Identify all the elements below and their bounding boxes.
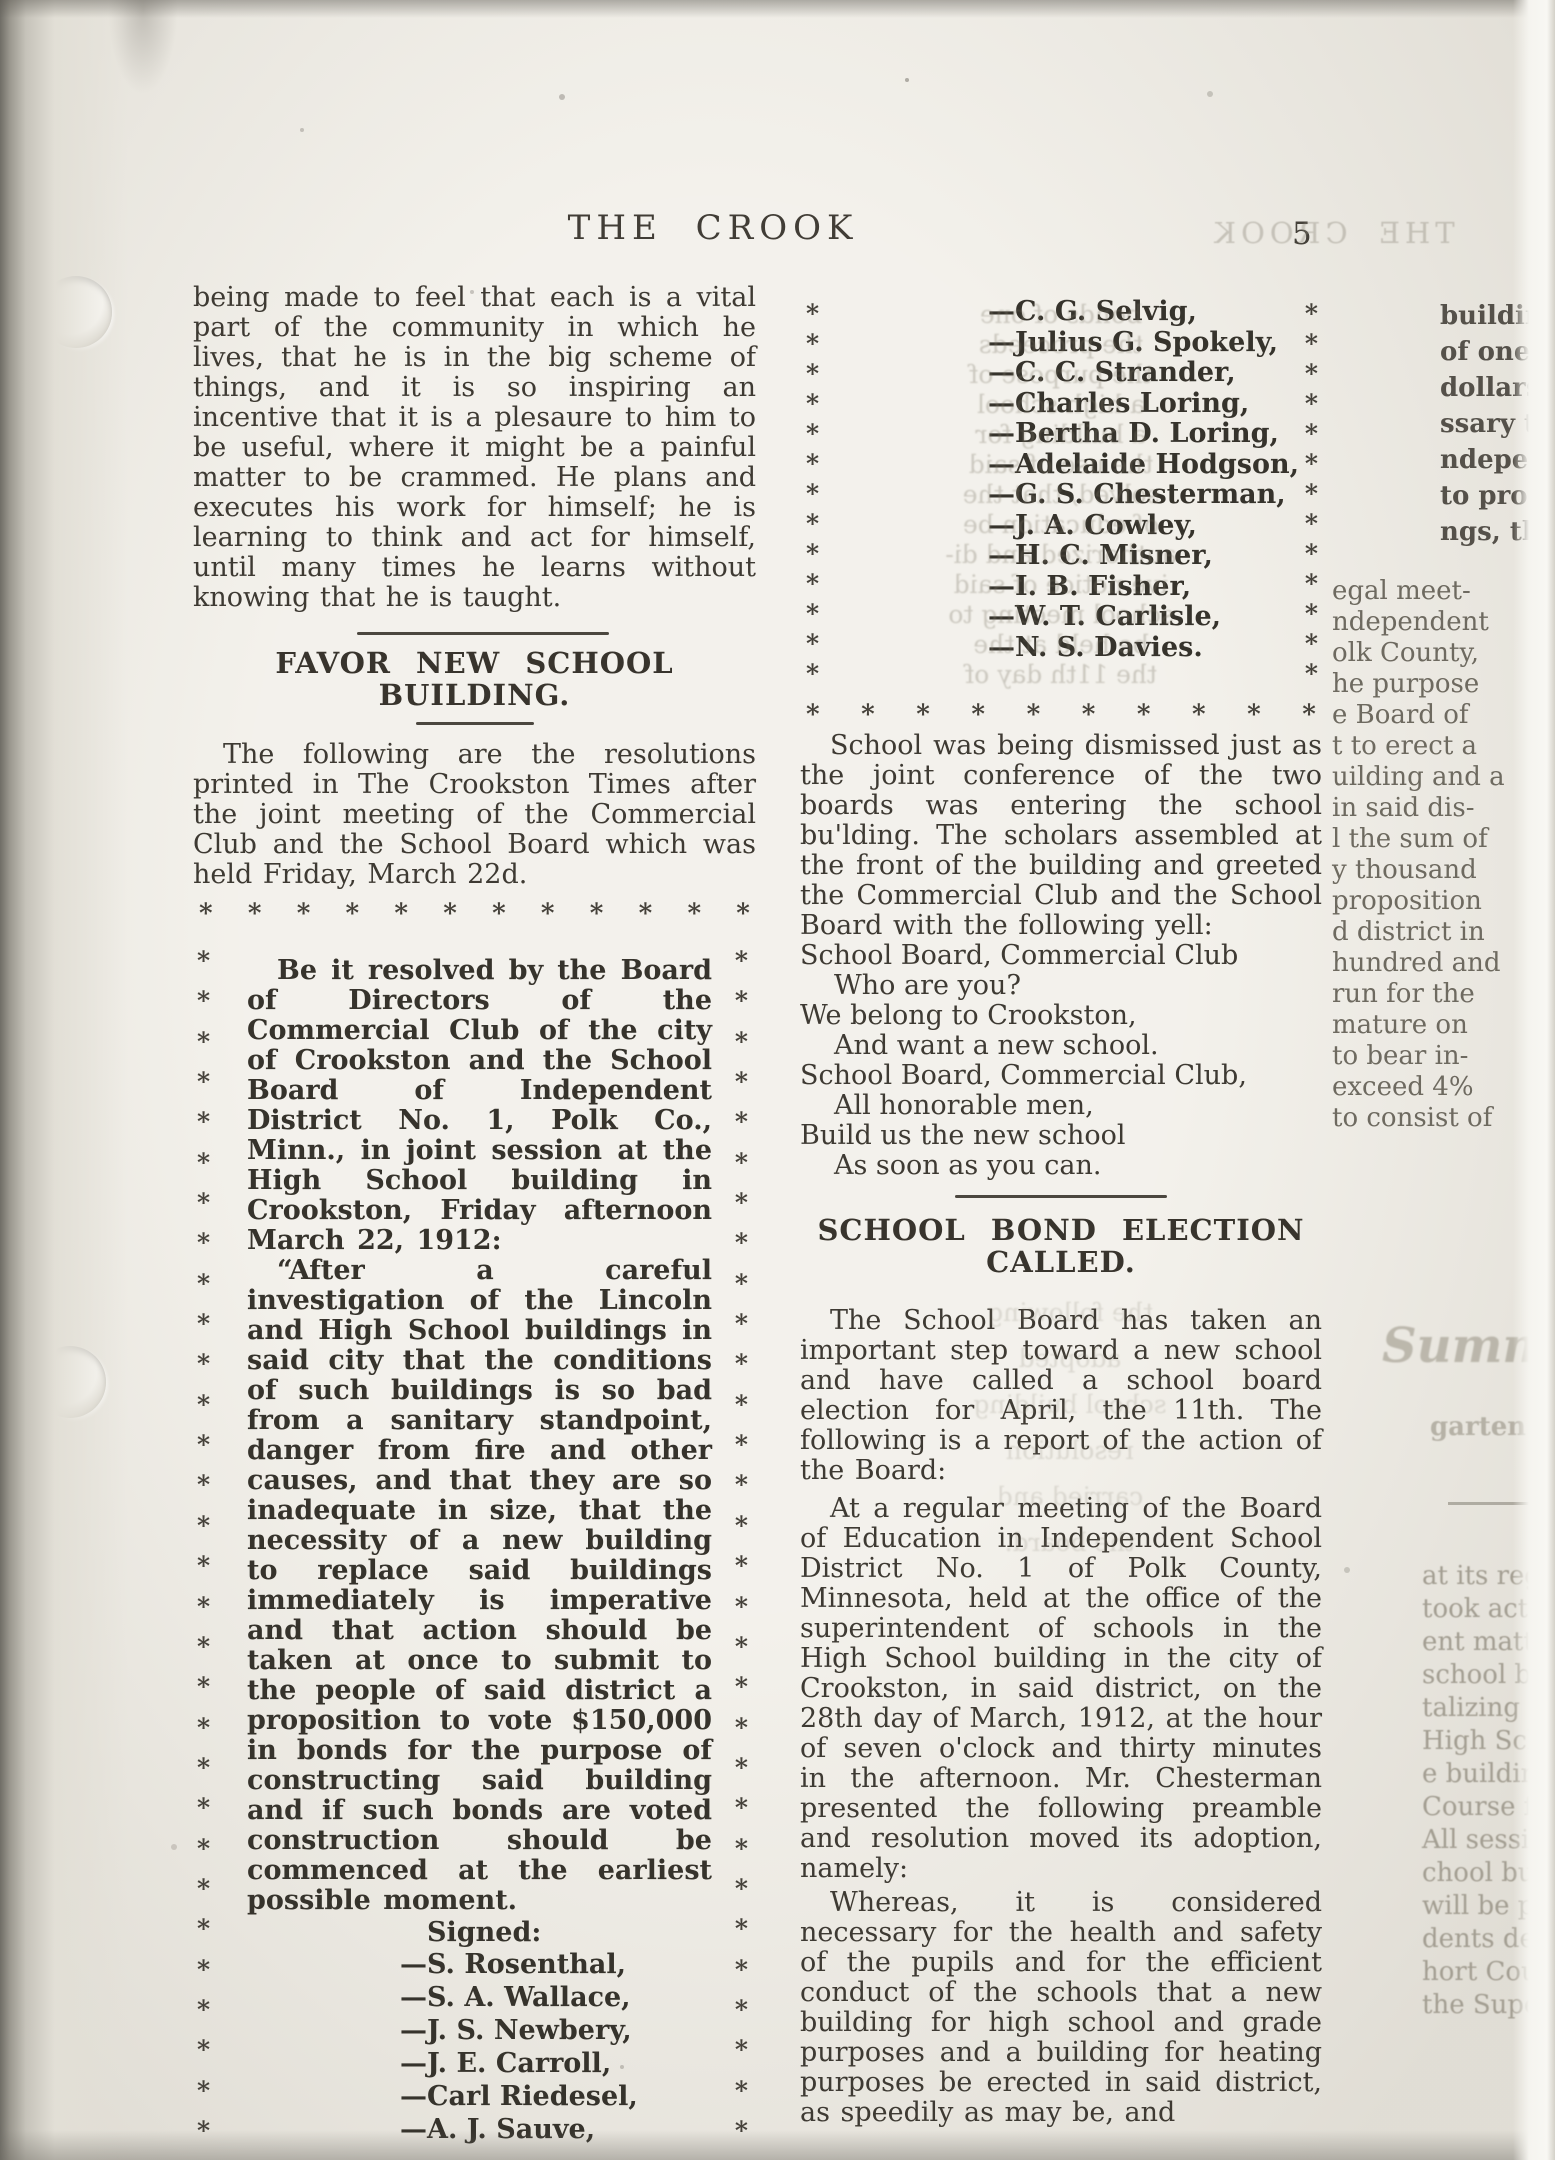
asterisk-glyph: *: [735, 1793, 748, 1823]
asterisk-glyph: *: [1305, 359, 1318, 389]
asterisk-glyph: *: [197, 1834, 210, 1864]
asterisk-glyph: *: [1305, 539, 1318, 569]
signature-list-left: —S. Rosenthal,—S. A. Wallace,—J. S. Newb…: [247, 1948, 712, 2146]
asterisk-glyph: *: [1192, 700, 1206, 730]
yell-intro-paragraph: School was being dismissed just as the j…: [800, 731, 1322, 941]
asterisk-glyph: *: [1305, 329, 1318, 359]
asterisk-glyph: *: [806, 449, 819, 479]
asterisk-glyph: *: [199, 899, 213, 929]
asterisk-glyph: *: [735, 946, 748, 976]
signature: —J. S. Newbery,: [400, 2014, 712, 2047]
bleedthrough-fragment: the following: [880, 1290, 1260, 1336]
bleedthrough-fragment: resolution: [880, 1428, 1260, 1474]
asterisk-glyph: *: [735, 1632, 748, 1662]
asterisk-glyph: *: [197, 1632, 210, 1662]
bleedthrough-fragment: the board.: [880, 1520, 1260, 1566]
asterisk-glyph: *: [1305, 599, 1318, 629]
edge-fragment: olk County,: [1332, 638, 1505, 669]
resolution-paragraph-2: “After a careful investigation of the Li…: [247, 1256, 712, 1916]
asterisk-glyph: *: [1302, 700, 1316, 730]
bleedthrough-fragment: bonds of one: [846, 300, 1276, 330]
asterisk-glyph: *: [197, 1430, 210, 1460]
edge-fragment: e building: [1422, 1758, 1555, 1791]
publication-title: THE CROOK: [493, 208, 933, 248]
asterisk-glyph: *: [735, 1148, 748, 1178]
asterisk-glyph: *: [735, 1067, 748, 1097]
edge-fragment: dents desir: [1422, 1923, 1555, 1956]
asterisk-glyph: *: [1305, 659, 1318, 689]
asterisk-glyph: *: [346, 899, 360, 929]
asterisk-glyph: *: [687, 899, 701, 929]
masthead-bleedthrough: THE CROOK: [1182, 216, 1482, 250]
asterisk-glyph: *: [735, 1107, 748, 1137]
edge-fragment: mature on: [1332, 1010, 1505, 1041]
asterisk-glyph: *: [735, 1753, 748, 1783]
signature: —S. A. Wallace,: [400, 1981, 712, 2014]
asterisk-glyph: *: [735, 1995, 748, 2025]
asterisk-glyph: *: [197, 1107, 210, 1137]
asterisk-glyph: *: [861, 700, 875, 730]
resolution-box-bottom-border: **********: [800, 701, 1322, 729]
edge-fragment: in said dis-: [1332, 793, 1505, 824]
resolution-box-left-border: ******************************: [197, 946, 210, 2146]
edge-fragment: hort Course: [1422, 1956, 1555, 1989]
asterisk-glyph: *: [541, 899, 555, 929]
edge-fragment: l the sum of: [1332, 824, 1505, 855]
edge-fragment: d district in: [1332, 917, 1505, 948]
asterisk-glyph: *: [735, 1188, 748, 1218]
asterisk-glyph: *: [735, 2116, 748, 2146]
asterisk-glyph: *: [735, 1955, 748, 1985]
edge-fragment: All sessions: [1422, 1824, 1555, 1857]
asterisk-glyph: *: [639, 899, 653, 929]
yell-line: School Board, Commercial Club: [800, 941, 1322, 971]
asterisk-glyph: *: [806, 419, 819, 449]
asterisk-glyph: *: [1305, 449, 1318, 479]
asterisk-glyph: *: [197, 1470, 210, 1500]
asterisk-glyph: *: [1137, 700, 1151, 730]
asterisk-glyph: *: [735, 1269, 748, 1299]
asterisk-glyph: *: [492, 899, 506, 929]
edge-fragment: at its regu: [1422, 1560, 1555, 1593]
asterisk-glyph: *: [1305, 389, 1318, 419]
asterisk-glyph: *: [197, 1188, 210, 1218]
resolution-box-top-border: ************: [193, 899, 756, 929]
asterisk-glyph: *: [197, 1955, 210, 1985]
resolution-box-right-border: *************: [1305, 299, 1318, 689]
asterisk-glyph: *: [197, 1874, 210, 1904]
edge-fragment: to consist of: [1332, 1103, 1505, 1134]
asterisk-glyph: *: [197, 1349, 210, 1379]
edge-fragment: the Super: [1422, 1989, 1555, 2022]
bleedthrough-fragment: of education be: [846, 510, 1276, 540]
asterisk-glyph: *: [197, 1027, 210, 1057]
bleedthrough-fragment: adopted: [880, 1336, 1260, 1382]
asterisk-glyph: *: [916, 700, 930, 730]
asterisk-glyph: *: [1305, 569, 1318, 599]
edge-fragment: school bond: [1422, 1659, 1555, 1692]
asterisk-glyph: *: [806, 509, 819, 539]
asterisk-glyph: *: [197, 1713, 210, 1743]
edge-fragment: will be pub: [1422, 1890, 1555, 1923]
heading-line: FAVOR NEW SCHOOL: [193, 647, 756, 679]
bleedthrough-fragment: authorized and di-: [846, 540, 1276, 570]
asterisk-glyph: *: [1247, 700, 1261, 730]
bleedthrough-fragment: school meeting to: [846, 600, 1276, 630]
yell-line: We belong to Crookston,: [800, 1001, 1322, 1031]
signature: —J. E. Carroll,: [400, 2047, 712, 2080]
signature: —S. Rosenthal,: [400, 1948, 712, 1981]
asterisk-glyph: *: [735, 2076, 748, 2106]
asterisk-glyph: *: [806, 539, 819, 569]
yell-line: And want a new school.: [800, 1031, 1322, 1061]
edge-fragments-middle: egal meet-ndependentolk County,he purpos…: [1332, 576, 1505, 1134]
resolution-box-left-border: *************: [806, 299, 819, 689]
asterisk-glyph: *: [735, 1228, 748, 1258]
school-yell: School Board, Commercial ClubWho are you…: [800, 941, 1322, 1181]
asterisk-glyph: *: [197, 946, 210, 976]
bleedthrough-fragment: carried and: [880, 1474, 1260, 1520]
asterisk-glyph: *: [735, 1430, 748, 1460]
asterisk-glyph: *: [297, 899, 311, 929]
asterisk-glyph: *: [735, 1309, 748, 1339]
asterisk-glyph: *: [197, 1269, 210, 1299]
signature: —Carl Riedesel,: [400, 2080, 712, 2113]
asterisk-glyph: *: [806, 569, 819, 599]
page-edge-top-shadow: [0, 0, 1555, 18]
asterisk-glyph: *: [197, 986, 210, 1016]
edge-fragment: talizing the: [1422, 1692, 1555, 1725]
punch-hole-bottom: [34, 1346, 106, 1418]
edge-fragment: run for the: [1332, 979, 1505, 1010]
asterisk-glyph: *: [735, 986, 748, 1016]
bleedthrough-fragment: a high school: [846, 390, 1276, 420]
section-divider-rule: [357, 632, 609, 635]
asterisk-glyph: *: [197, 1228, 210, 1258]
asterisk-glyph: *: [806, 700, 820, 730]
asterisk-glyph: *: [971, 700, 985, 730]
asterisk-glyph: *: [443, 899, 457, 929]
asterisk-glyph: *: [248, 899, 262, 929]
asterisk-glyph: *: [806, 389, 819, 419]
edge-fragment: ent matters: [1422, 1626, 1555, 1659]
asterisk-glyph: *: [735, 1470, 748, 1500]
asterisk-glyph: *: [197, 1914, 210, 1944]
signed-label: Signed:: [247, 1918, 712, 1948]
asterisk-glyph: *: [735, 1511, 748, 1541]
edge-fragment: took action: [1422, 1593, 1555, 1626]
asterisk-glyph: *: [806, 599, 819, 629]
asterisk-glyph: *: [197, 1067, 210, 1097]
asterisk-glyph: *: [197, 1309, 210, 1339]
asterisk-glyph: *: [735, 1713, 748, 1743]
bleedthrough-fragment: the purpose of: [846, 360, 1276, 390]
asterisk-glyph: *: [735, 2035, 748, 2065]
edge-fragment: of one hun-: [1440, 334, 1555, 370]
asterisk-glyph: *: [197, 1753, 210, 1783]
edge-fragment: Course from: [1422, 1791, 1555, 1824]
section-heading-favor-new-school: FAVOR NEW SCHOOL BUILDING.: [193, 647, 756, 711]
bleedthrough-text-lower: the followingadoptedschool buildingresol…: [880, 1290, 1260, 1566]
resolutions-intro-paragraph: The following are the resolutions printe…: [193, 740, 756, 890]
asterisk-glyph: *: [1305, 479, 1318, 509]
bleedthrough-fragment: the 11th day of: [846, 660, 1276, 690]
edge-fragment: to bear in-: [1332, 1041, 1505, 1072]
bleedthrough-fragment: be held at the: [846, 630, 1276, 660]
edge-fragment: ndependent: [1440, 442, 1555, 478]
asterisk-glyph: *: [197, 2035, 210, 2065]
punch-hole-top: [40, 276, 112, 348]
asterisk-glyph: *: [735, 1874, 748, 1904]
edge-fragment: y thousand: [1332, 855, 1505, 886]
asterisk-glyph: *: [197, 1672, 210, 1702]
edge-script-headline-fragment: Summer: [1382, 1318, 1555, 1374]
edge-fragment: e Board of: [1332, 700, 1505, 731]
asterisk-glyph: *: [1305, 299, 1318, 329]
heading-line: SCHOOL BOND ELECTION: [800, 1214, 1322, 1246]
bleedthrough-text-upper: bonds of onethe proceedsthe purpose ofa …: [846, 300, 1276, 690]
yell-line: Who are you?: [800, 971, 1322, 1001]
asterisk-glyph: *: [197, 1551, 210, 1581]
section-divider-rule: [955, 1195, 1167, 1198]
asterisk-glyph: *: [1027, 700, 1041, 730]
yell-line: Build us the new school: [800, 1121, 1322, 1151]
asterisk-glyph: *: [197, 1511, 210, 1541]
asterisk-glyph: *: [1305, 629, 1318, 659]
bleedthrough-fragment: ive notice of said: [846, 570, 1276, 600]
edge-fragment: chool build: [1422, 1857, 1555, 1890]
edge-fragment: buildings: [1440, 298, 1555, 334]
asterisk-glyph: *: [735, 1349, 748, 1379]
edge-fragment: ngs, there: [1440, 514, 1555, 550]
yell-line: As soon as you can.: [800, 1151, 1322, 1181]
asterisk-glyph: *: [735, 1390, 748, 1420]
asterisk-glyph: *: [1082, 700, 1096, 730]
asterisk-glyph: *: [197, 2076, 210, 2106]
asterisk-glyph: *: [735, 1551, 748, 1581]
bleedthrough-fragment: the proceeds: [846, 330, 1276, 360]
bond-election-paragraph-3: Whereas, it is considered necessary for …: [800, 1888, 1322, 2128]
asterisk-glyph: *: [806, 299, 819, 329]
asterisk-glyph: *: [806, 629, 819, 659]
bleedthrough-fragment: solved, that the: [846, 480, 1276, 510]
edge-fragment: ssary to is: [1440, 406, 1555, 442]
heading-line: BUILDING.: [193, 679, 756, 711]
edge-subhead-fragment: garten Will: [1430, 1412, 1555, 1442]
bleedthrough-fragment: the use of said: [846, 450, 1276, 480]
asterisk-glyph: *: [1305, 419, 1318, 449]
scan-smudge: [108, 0, 178, 95]
edge-rule-fragment: [1448, 1502, 1544, 1505]
paper-specks: [0, 0, 4, 4]
asterisk-glyph: *: [197, 1390, 210, 1420]
asterisk-glyph: *: [394, 899, 408, 929]
edge-fragment: egal meet-: [1332, 576, 1505, 607]
resolution-box-left-part: ****************************** *********…: [193, 934, 756, 2160]
asterisk-glyph: *: [197, 2116, 210, 2146]
scanned-page: THE CROOK 5 THE CROOK being made to feel…: [0, 0, 1555, 2160]
asterisk-glyph: *: [735, 1834, 748, 1864]
signature: —A. J. Sauve,: [400, 2113, 712, 2146]
edge-fragment: uilding and a: [1332, 762, 1505, 793]
asterisk-glyph: *: [197, 1793, 210, 1823]
asterisk-glyph: *: [806, 479, 819, 509]
edge-fragment: dollars, and: [1440, 370, 1555, 406]
yell-line: School Board, Commercial Club,: [800, 1061, 1322, 1091]
asterisk-glyph: *: [590, 899, 604, 929]
section-heading-school-bond-election: SCHOOL BOND ELECTION CALLED.: [800, 1214, 1322, 1278]
asterisk-glyph: *: [806, 359, 819, 389]
asterisk-glyph: *: [735, 1914, 748, 1944]
left-column: being made to feel that each is a vital …: [193, 283, 756, 2160]
heading-line: CALLED.: [800, 1246, 1322, 1278]
asterisk-glyph: *: [197, 1995, 210, 2025]
opening-paragraph: being made to feel that each is a vital …: [193, 283, 756, 613]
asterisk-glyph: *: [806, 659, 819, 689]
edge-fragment: to procure: [1440, 478, 1555, 514]
bleedthrough-fragment: school building: [880, 1382, 1260, 1428]
edge-fragment: he purpose: [1332, 669, 1505, 700]
edge-fragments-top: buildingsof one hun-dollars, andssary to…: [1440, 298, 1555, 550]
edge-fragment: hundred and: [1332, 948, 1505, 979]
asterisk-glyph: *: [806, 329, 819, 359]
edge-fragment: t to erect a: [1332, 731, 1505, 762]
asterisk-glyph: *: [197, 1592, 210, 1622]
asterisk-glyph: *: [1305, 509, 1318, 539]
edge-fragments-bottom: at its regutook actionent mattersschool …: [1422, 1560, 1555, 2022]
edge-fragment: proposition: [1332, 886, 1505, 917]
yell-line: All honorable men,: [800, 1091, 1322, 1121]
resolution-box-right-border: ******************************: [735, 946, 748, 2146]
asterisk-glyph: *: [735, 1592, 748, 1622]
asterisk-glyph: *: [197, 1148, 210, 1178]
edge-fragment: High School: [1422, 1725, 1555, 1758]
resolution-paragraph-1: Be it resolved by the Board of Directors…: [247, 956, 712, 1256]
bleedthrough-fragment: a building for: [846, 420, 1276, 450]
edge-fragment: exceed 4%: [1332, 1072, 1505, 1103]
asterisk-glyph: *: [735, 1027, 748, 1057]
asterisk-glyph: *: [735, 1672, 748, 1702]
heading-underline-rule: [416, 722, 534, 725]
edge-fragment: ndependent: [1332, 607, 1505, 638]
asterisk-glyph: *: [736, 899, 750, 929]
